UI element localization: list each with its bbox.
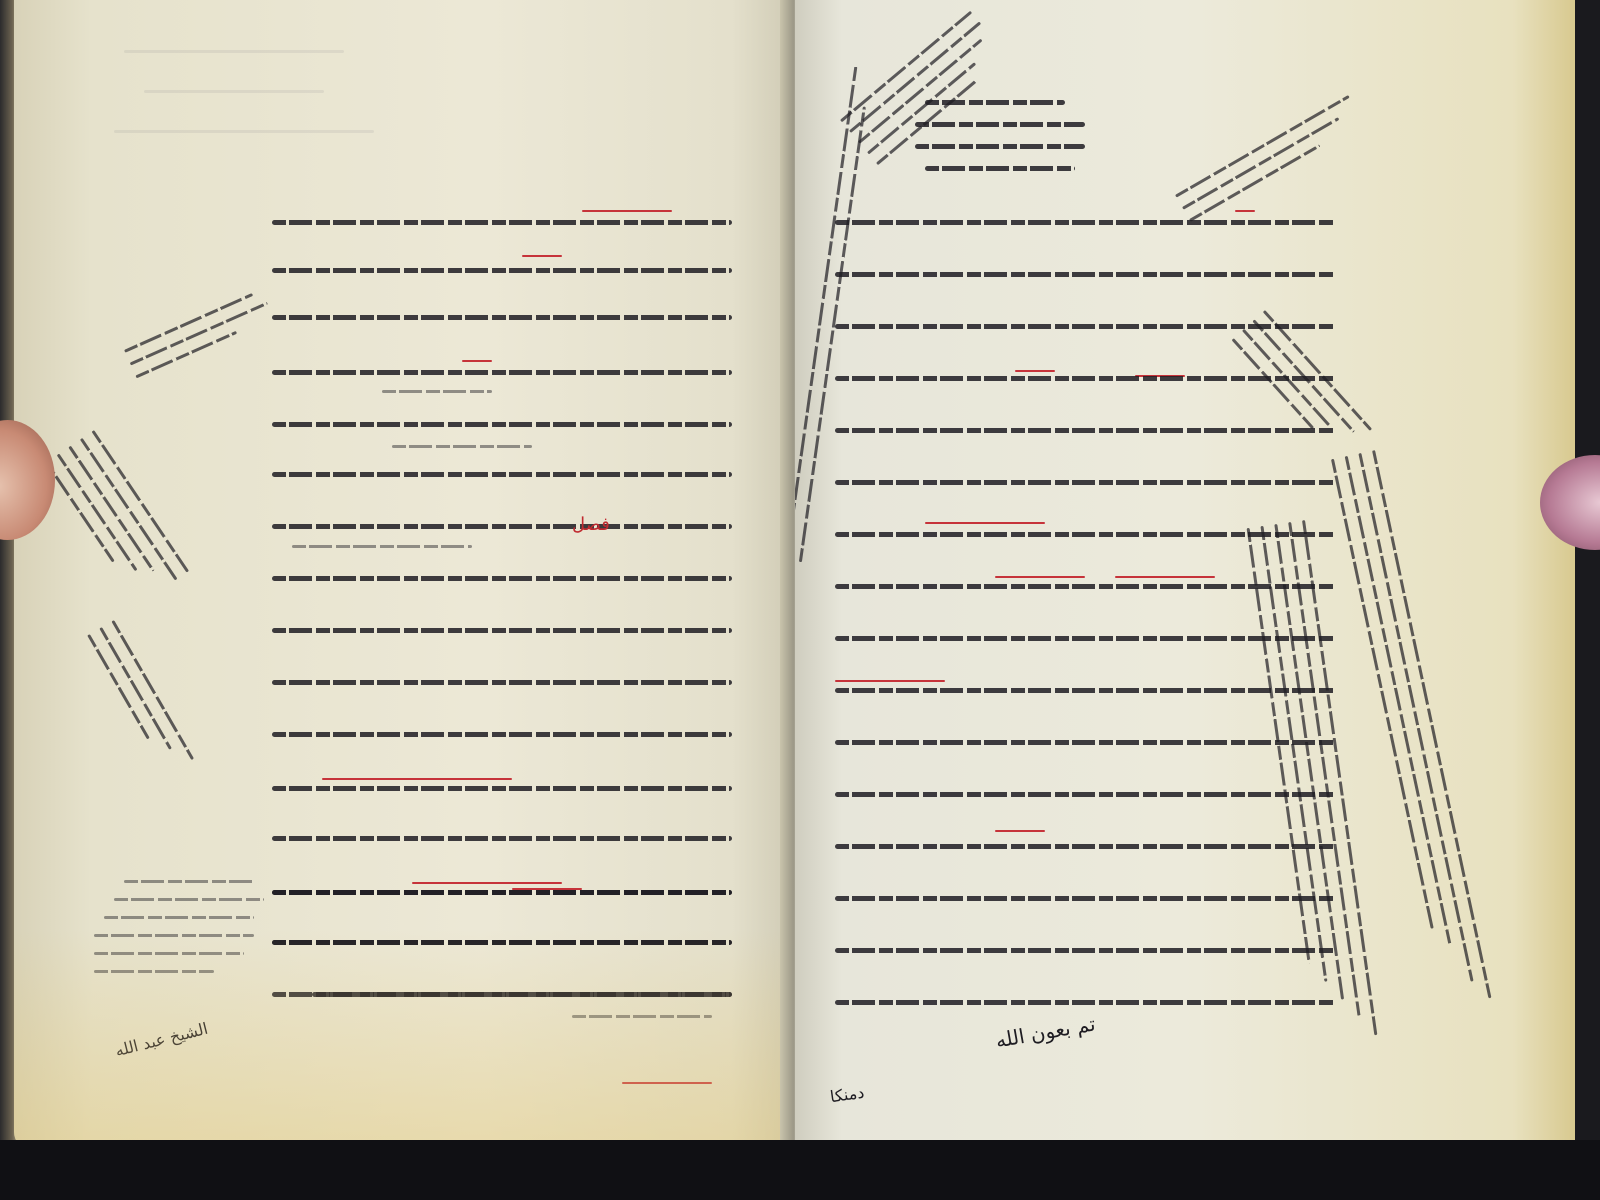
rubric-word: فصل [572,514,610,535]
page-mark: دمنكا [829,1083,866,1107]
left-main-text: فصل [272,200,732,1060]
left-page: فصل [14,0,794,1150]
ink-bleed-through [104,30,704,210]
table-shadow [0,1140,1600,1200]
manuscript-photo: فصل [0,0,1600,1200]
marginal-gloss-top-center [915,100,1115,190]
left-main-text-bottom [272,880,732,1060]
signature: الشيخ عبد الله [113,1019,210,1060]
right-page: تم بعون الله دمنكا [795,0,1575,1168]
marginal-gloss-bottom [94,880,274,1000]
